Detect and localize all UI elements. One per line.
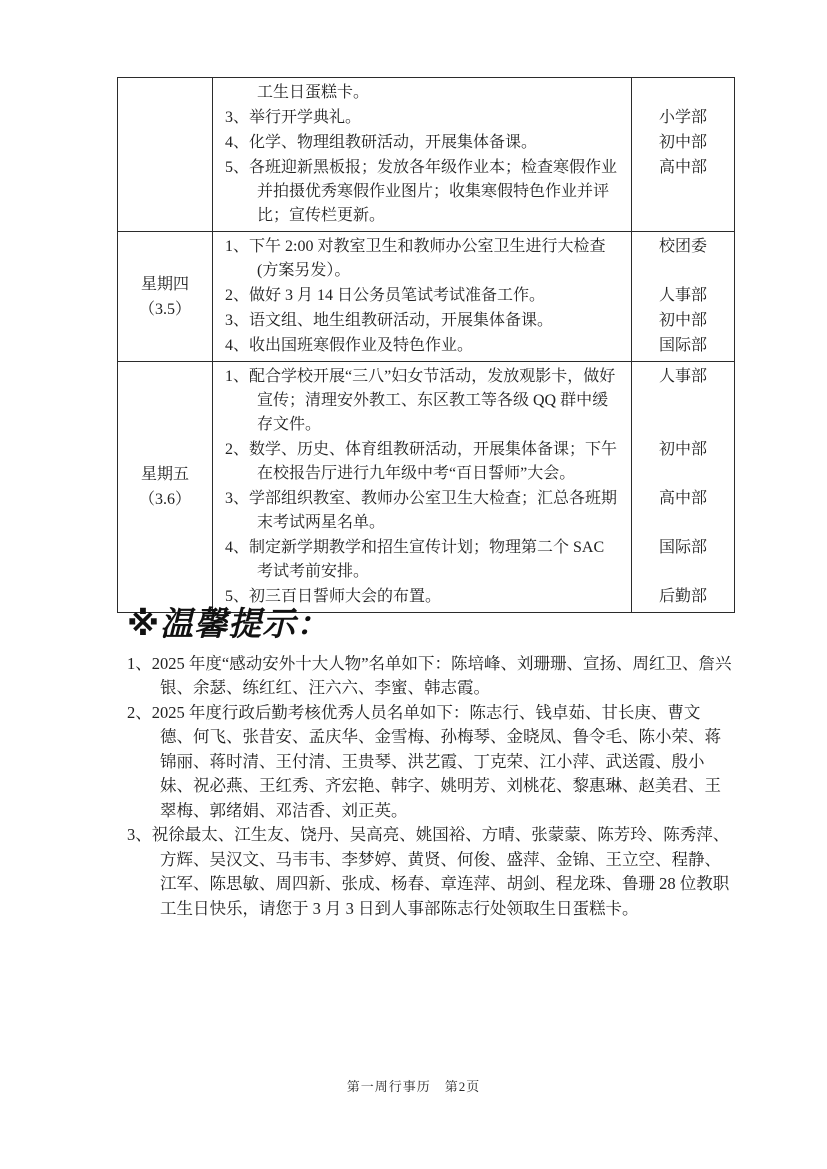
task-row: 2、做好 3 月 14 日公务员笔试考试准备工作。 人事部: [213, 284, 734, 309]
task-text: 4、收出国班寒假作业及特色作业。: [213, 334, 632, 359]
task-dept: 人事部: [632, 365, 734, 438]
task-dept: 国际部: [632, 334, 734, 359]
task-dept: 初中部: [632, 131, 734, 156]
task-text: 4、化学、物理组教研活动，开展集体备课。: [213, 131, 632, 156]
notice-section: ※温馨提示： 1、2025 年度“感动安外十大人物”名单如下：陈培峰、刘珊珊、宣…: [117, 604, 737, 921]
task-row: 4、化学、物理组教研活动，开展集体备课。 初中部: [213, 131, 734, 156]
task-dept: 高中部: [632, 487, 734, 536]
day-label: 星期五: [141, 462, 189, 487]
task-text: 工生日蛋糕卡。: [213, 81, 632, 106]
task-text: 4、制定新学期教学和招生宣传计划；物理第二个 SAC 考试考前安排。: [213, 536, 632, 585]
notice-heading: ※温馨提示：: [127, 604, 737, 644]
day-cell: [118, 78, 213, 231]
notice-item: 2、2025 年度行政后勤考核优秀人员名单如下：陈志行、钱卓茹、甘长庚、曹文德、…: [127, 701, 733, 824]
day-label: 星期四: [141, 272, 189, 297]
tasks-cell: 工生日蛋糕卡。 3、举行开学典礼。 小学部 4、化学、物理组教研活动，开展集体备…: [213, 78, 734, 231]
task-text: 1、配合学校开展“三八”妇女节活动，发放观影卡，做好宣传；清理安外教工、东区教工…: [213, 365, 632, 438]
task-dept: 初中部: [632, 309, 734, 334]
task-row: 4、制定新学期教学和招生宣传计划；物理第二个 SAC 考试考前安排。 国际部: [213, 536, 734, 585]
task-text: 3、学部组织教室、教师办公室卫生大检查；汇总各班期末考试两星名单。: [213, 487, 632, 536]
day-cell: 星期五 （3.6）: [118, 362, 213, 612]
notice-item: 1、2025 年度“感动安外十大人物”名单如下：陈培峰、刘珊珊、宣扬、周红卫、詹…: [127, 652, 733, 701]
tasks-cell: 1、下午 2:00 对教室卫生和教师办公室卫生进行大检查(方案另发）。 校团委 …: [213, 232, 734, 361]
task-row: 3、学部组织教室、教师办公室卫生大检查；汇总各班期末考试两星名单。 高中部: [213, 487, 734, 536]
task-dept: 初中部: [632, 438, 734, 487]
tasks-cell: 1、配合学校开展“三八”妇女节活动，发放观影卡，做好宣传；清理安外教工、东区教工…: [213, 362, 734, 612]
notice-list: 1、2025 年度“感动安外十大人物”名单如下：陈培峰、刘珊珊、宣扬、周红卫、詹…: [127, 652, 733, 922]
task-row: 5、各班迎新黑板报；发放各年级作业本；检查寒假作业并拍摄优秀寒假作业图片；收集寒…: [213, 156, 734, 229]
task-text: 2、数学、历史、体育组教研活动，开展集体备课；下午在校报告厅进行九年级中考“百日…: [213, 438, 632, 487]
notice-item: 3、祝徐最太、江生友、饶丹、吴高亮、姚国裕、方晴、张蒙蒙、陈芳玲、陈秀萍、方辉、…: [127, 823, 733, 921]
task-row: 2、数学、历史、体育组教研活动，开展集体备课；下午在校报告厅进行九年级中考“百日…: [213, 438, 734, 487]
task-dept: 人事部: [632, 284, 734, 309]
schedule-row-thursday: 星期四 （3.5） 1、下午 2:00 对教室卫生和教师办公室卫生进行大检查(方…: [118, 232, 734, 362]
task-text: 2、做好 3 月 14 日公务员笔试考试准备工作。: [213, 284, 632, 309]
task-text: 3、举行开学典礼。: [213, 106, 632, 131]
day-date: （3.6）: [139, 487, 191, 512]
task-row: 3、语文组、地生组教研活动，开展集体备课。 初中部: [213, 309, 734, 334]
task-dept: 高中部: [632, 156, 734, 229]
day-date: （3.5）: [139, 297, 191, 322]
task-row: 工生日蛋糕卡。: [213, 81, 734, 106]
task-dept: 校团委: [632, 235, 734, 284]
task-text: 5、各班迎新黑板报；发放各年级作业本；检查寒假作业并拍摄优秀寒假作业图片；收集寒…: [213, 156, 632, 229]
task-row: 1、配合学校开展“三八”妇女节活动，发放观影卡，做好宣传；清理安外教工、东区教工…: [213, 365, 734, 438]
schedule-table: 工生日蛋糕卡。 3、举行开学典礼。 小学部 4、化学、物理组教研活动，开展集体备…: [117, 77, 735, 613]
task-text: 1、下午 2:00 对教室卫生和教师办公室卫生进行大检查(方案另发）。: [213, 235, 632, 284]
task-dept: 小学部: [632, 106, 734, 131]
schedule-row-friday: 星期五 （3.6） 1、配合学校开展“三八”妇女节活动，发放观影卡，做好宣传；清…: [118, 362, 734, 612]
task-row: 1、下午 2:00 对教室卫生和教师办公室卫生进行大检查(方案另发）。 校团委: [213, 235, 734, 284]
task-dept: [632, 81, 734, 106]
task-row: 3、举行开学典礼。 小学部: [213, 106, 734, 131]
schedule-row-continued: 工生日蛋糕卡。 3、举行开学典礼。 小学部 4、化学、物理组教研活动，开展集体备…: [118, 78, 734, 232]
page-footer: 第一周行事历 第2页: [0, 1076, 827, 1095]
task-row: 4、收出国班寒假作业及特色作业。 国际部: [213, 334, 734, 359]
task-dept: 国际部: [632, 536, 734, 585]
task-text: 3、语文组、地生组教研活动，开展集体备课。: [213, 309, 632, 334]
day-cell: 星期四 （3.5）: [118, 232, 213, 361]
